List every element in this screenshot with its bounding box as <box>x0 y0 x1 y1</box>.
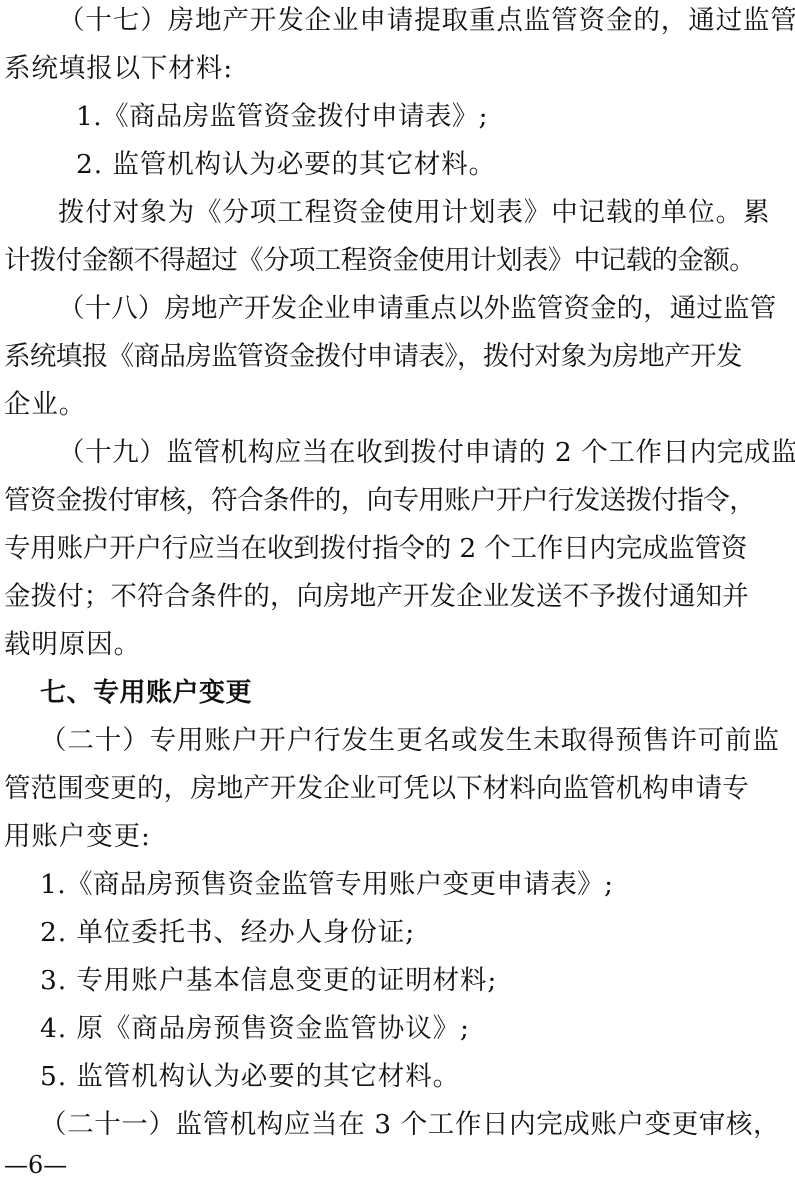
text-line: 1.《商品房预售资金监管专用账户变更申请表》; <box>40 868 613 902</box>
text-line: 4. 原《商品房预售资金监管协议》; <box>40 1012 470 1046</box>
text-line: （二十一）监管机构应当在 3 个工作日内完成账户变更审核， <box>40 1108 780 1142</box>
text-line: 金拨付；不符合条件的，向房地产开发企业发送不予拨付通知并 <box>4 580 749 614</box>
text-line: 2. 单位委托书、经办人身份证; <box>40 916 415 950</box>
text-line: 1.《商品房监管资金拨付申请表》; <box>76 100 488 134</box>
text-line: （十七）房地产开发企业申请提取重点监管资金的，通过监管 <box>58 4 795 38</box>
text-line: 用账户变更: <box>4 820 151 854</box>
text-line: 企业。 <box>4 388 86 422</box>
text-line: 拨付对象为《分项工程资金使用计划表》中记载的单位。累 <box>58 196 770 230</box>
text-line: （二十）专用账户开户行发生更名或发生未取得预售许可前监 <box>40 724 780 758</box>
text-line: （十九）监管机构应当在收到拨付申请的 2 个工作日内完成监 <box>58 436 795 470</box>
page-number: —6— <box>4 1150 67 1180</box>
text-line: （十八）房地产开发企业申请重点以外监管资金的，通过监管 <box>58 292 776 326</box>
text-line: 5. 监管机构认为必要的其它材料。 <box>40 1060 460 1094</box>
text-line: 计拨付金额不得超过《分项工程资金使用计划表》中记载的金额。 <box>4 244 755 278</box>
text-line: 3. 专用账户基本信息变更的证明材料; <box>40 964 497 998</box>
text-line: 管资金拨付审核，符合条件的，向专用账户开户行发送拨付指令， <box>4 484 755 518</box>
text-line: 载明原因。 <box>4 628 141 662</box>
text-line: 2. 监管机构认为必要的其它材料。 <box>76 148 496 182</box>
text-line: 系统填报以下材料: <box>4 52 233 86</box>
section-heading: 七、专用账户变更 <box>40 676 252 710</box>
text-line: 管范围变更的，房地产开发企业可凭以下材料向监管机构申请专 <box>4 772 749 806</box>
text-line: 系统填报《商品房监管资金拨付申请表》，拨付对象为房地产开发 <box>4 340 742 374</box>
text-line: 专用账户开户行应当在收到拨付指令的 2 个工作日内完成监管资 <box>4 532 747 566</box>
